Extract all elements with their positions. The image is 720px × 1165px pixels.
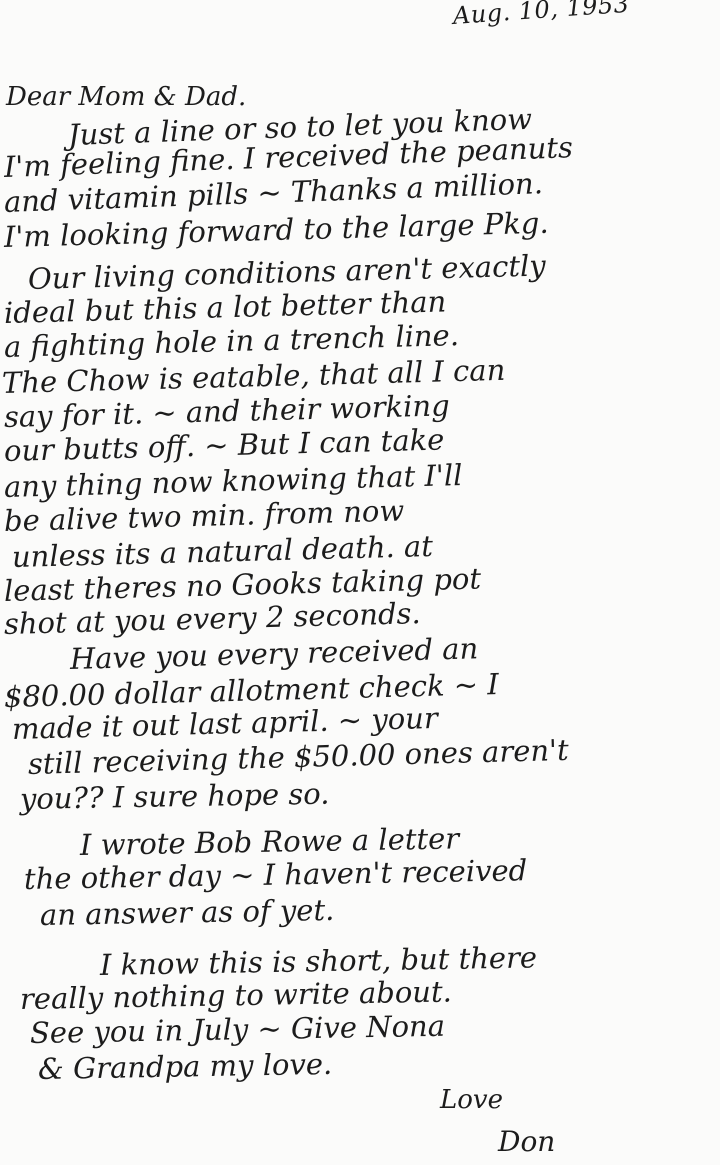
letter-line: & Grandpa my love. bbox=[38, 1047, 333, 1086]
letter-line: See you in July ~ Give Nona bbox=[30, 1009, 446, 1050]
handwritten-letter: Aug. 10, 1953 Dear Mom & Dad. Just a lin… bbox=[0, 0, 720, 1165]
letter-line: you?? I sure hope so. bbox=[20, 777, 330, 816]
letter-salutation: Dear Mom & Dad. bbox=[6, 82, 246, 112]
letter-closing: Love bbox=[440, 1085, 503, 1115]
letter-line: I know this is short, but there bbox=[100, 940, 538, 982]
letter-signature: Don bbox=[498, 1125, 555, 1158]
letter-line: an answer as of yet. bbox=[40, 893, 335, 932]
letter-date: Aug. 10, 1953 bbox=[452, 0, 630, 30]
